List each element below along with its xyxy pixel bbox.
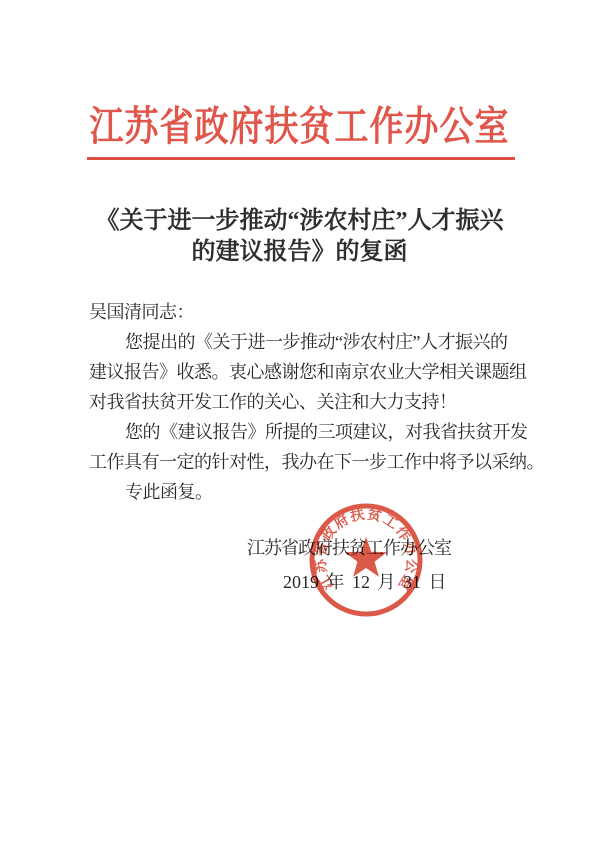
doc-title-line-1: 《关于进一步推动“涉农村庄”人才振兴 xyxy=(0,206,599,237)
body-line: 工作具有一定的针对性，我办在下一步工作中将予以采纳。 xyxy=(89,447,529,477)
doc-title-line-2: 的建议报告》的复函 xyxy=(0,237,599,268)
star-icon xyxy=(345,537,387,577)
body-line: 建议报告》收悉。衷心感谢您和南京农业大学相关课题组 xyxy=(89,357,529,387)
body-line: 对我省扶贫开发工作的关心、关注和大力支持！ xyxy=(89,387,529,417)
body-line: 您提出的《关于进一步推动“涉农村庄”人才振兴的 xyxy=(89,327,529,357)
body-text: 吴国清同志： 您提出的《关于进一步推动“涉农村庄”人才振兴的 建议报告》收悉。衷… xyxy=(89,297,529,507)
official-seal: 江苏省政府扶贫工作办公室 xyxy=(301,495,431,625)
letterhead-title: 江苏省政府扶贫工作办公室 xyxy=(0,94,599,152)
body-line-salutation: 吴国清同志： xyxy=(89,297,529,327)
body-line: 您的《建议报告》所提的三项建议，对我省扶贫开发 xyxy=(89,417,529,447)
doc-title: 《关于进一步推动“涉农村庄”人才振兴 的建议报告》的复函 xyxy=(0,206,599,268)
letter-page: 江苏省政府扶贫工作办公室 《关于进一步推动“涉农村庄”人才振兴 的建议报告》的复… xyxy=(0,0,599,848)
letterhead-rule xyxy=(87,157,515,160)
